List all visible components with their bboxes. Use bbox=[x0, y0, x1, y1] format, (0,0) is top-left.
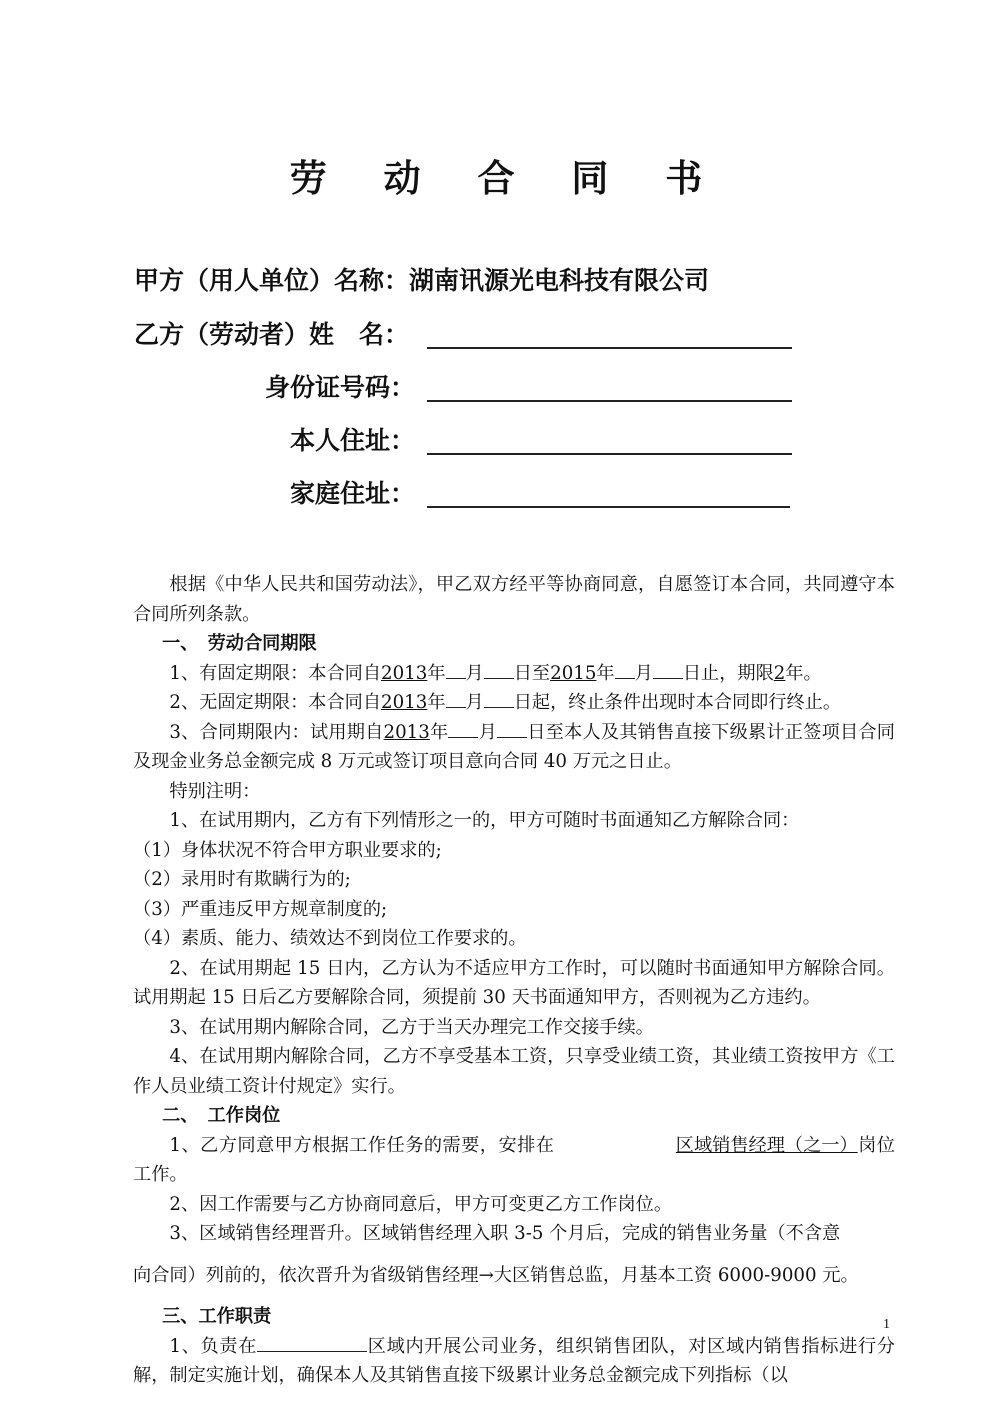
clause-text: 年 bbox=[430, 722, 449, 743]
clause-text: 月 bbox=[635, 663, 653, 684]
clause-text: 年。 bbox=[785, 663, 821, 684]
personal-address-field[interactable] bbox=[427, 453, 792, 455]
section-1-heading: 一、 劳动合同期限 bbox=[133, 629, 895, 659]
home-address-row: 家庭住址： bbox=[290, 479, 990, 509]
open-term-clause: 2、无固定期限：本合同自2013年月日起，终止条件出现时本合同即行终止。 bbox=[133, 688, 895, 718]
party-b-name-label: 乙方（劳动者）姓 名： bbox=[134, 320, 409, 350]
start-year-field[interactable]: 2013 bbox=[381, 663, 427, 684]
party-b-name-row: 乙方（劳动者）姓 名： bbox=[134, 320, 934, 350]
fixed-term-clause: 1、有固定期限：本合同自2013年月日至2015年月日止，期限2年。 bbox=[133, 659, 895, 689]
responsibility-clause: 1、负责在区域内开展公司业务，组织销售团队，对区域内销售指标进行分解，制定实施计… bbox=[133, 1332, 895, 1391]
position-value: 区域销售经理（之一） bbox=[676, 1135, 858, 1156]
section-3-heading: 三、工作职责 bbox=[133, 1302, 895, 1332]
clause-text: 月 bbox=[466, 663, 484, 684]
clause-text: 月 bbox=[466, 692, 484, 713]
clause-text: 1、乙方同意甲方根据工作任务的需要，安排在 bbox=[169, 1135, 554, 1156]
note-2: 2、在试用期起 15 日内，乙方认为不适应甲方工作时，可以随时书面通知甲方解除合… bbox=[133, 954, 895, 1013]
special-note-label: 特别注明： bbox=[133, 777, 895, 807]
home-address-label: 家庭住址： bbox=[290, 479, 415, 509]
document-title: 劳 动 合 同 书 bbox=[0, 148, 1000, 202]
open-start-day-field[interactable] bbox=[484, 689, 514, 708]
open-start-year-field[interactable]: 2013 bbox=[381, 692, 427, 713]
spacer bbox=[133, 1290, 895, 1302]
note-1-item: （2）录用时有欺瞒行为的; bbox=[133, 865, 895, 895]
clause-text: 月 bbox=[478, 722, 497, 743]
clause-text: 日至 bbox=[514, 663, 550, 684]
id-number-row: 身份证号码： bbox=[265, 373, 965, 403]
note-1: 1、在试用期内，乙方有下列情形之一的，甲方可随时书面通知乙方解除合同： bbox=[133, 806, 895, 836]
region-field[interactable] bbox=[257, 1333, 367, 1352]
end-year-field[interactable]: 2015 bbox=[550, 663, 596, 684]
probation-month-field[interactable] bbox=[448, 719, 478, 738]
clause-text: 1、负责在 bbox=[169, 1336, 257, 1357]
note-3: 3、在试用期内解除合同，乙方于当天办理完工作交接手续。 bbox=[133, 1013, 895, 1043]
section-2-heading: 二、 工作岗位 bbox=[133, 1101, 895, 1131]
clause-text: 日止，期限 bbox=[683, 663, 774, 684]
party-a-row: 甲方（用人单位）名称：湖南讯源光电科技有限公司 bbox=[134, 266, 709, 296]
promotion-clause-line-2: 向合同）列前的，依次晋升为省级销售经理→大区销售总监，月基本工资 6000-90… bbox=[133, 1261, 895, 1291]
party-b-name-field[interactable] bbox=[427, 347, 792, 349]
clause-text: 年 bbox=[596, 663, 614, 684]
intro-paragraph: 根据《中华人民共和国劳动法》，甲乙双方经平等协商同意，自愿签订本合同，共同遵守本… bbox=[133, 570, 895, 629]
start-month-field[interactable] bbox=[446, 660, 466, 679]
position-clause: 1、乙方同意甲方根据工作任务的需要，安排在区域销售经理（之一）岗位工作。 bbox=[133, 1131, 895, 1190]
probation-clause: 3、合同期限内：试用期自2013年月日至本人及其销售直接下级累计正签项目合同及现… bbox=[133, 718, 895, 777]
clause-text: 2、无固定期限：本合同自 bbox=[169, 692, 381, 713]
clause-text: 3、合同期限内：试用期自 bbox=[169, 722, 383, 743]
page-number: 1 bbox=[883, 1317, 890, 1333]
probation-day-field[interactable] bbox=[497, 719, 527, 738]
clause-text: 年 bbox=[427, 663, 445, 684]
term-years-field[interactable]: 2 bbox=[774, 663, 786, 684]
party-a-label: 甲方（用人单位）名称： bbox=[134, 266, 409, 296]
note-1-item: （3）严重违反甲方规章制度的; bbox=[133, 895, 895, 925]
clause-text: 年 bbox=[427, 692, 445, 713]
party-a-company-name: 湖南讯源光电科技有限公司 bbox=[409, 266, 709, 295]
id-number-field[interactable] bbox=[427, 400, 792, 402]
clause-text: 1、有固定期限：本合同自 bbox=[169, 663, 381, 684]
clause-text: 日起，终止条件出现时本合同即行终止。 bbox=[514, 692, 841, 713]
note-1-item: （1）身体状况不符合甲方职业要求的; bbox=[133, 836, 895, 866]
end-day-field[interactable] bbox=[653, 660, 683, 679]
personal-address-label: 本人住址： bbox=[290, 426, 415, 456]
note-4: 4、在试用期内解除合同，乙方不享受基本工资，只享受业绩工资，其业绩工资按甲方《工… bbox=[133, 1042, 895, 1101]
position-field[interactable]: 区域销售经理（之一） bbox=[554, 1131, 857, 1161]
note-1-item: （4）素质、能力、绩效达不到岗位工作要求的。 bbox=[133, 924, 895, 954]
spacer bbox=[133, 1249, 895, 1261]
position-change-clause: 2、因工作需要与乙方协商同意后，甲方可变更乙方工作岗位。 bbox=[133, 1190, 895, 1220]
contract-body: 根据《中华人民共和国劳动法》，甲乙双方经平等协商同意，自愿签订本合同，共同遵守本… bbox=[133, 570, 895, 1391]
promotion-clause-line-1: 3、区域销售经理晋升。区域销售经理入职 3-5 个月后，完成的销售业务量（不含意 bbox=[133, 1219, 895, 1249]
home-address-field[interactable] bbox=[427, 506, 790, 508]
end-month-field[interactable] bbox=[615, 660, 635, 679]
personal-address-row: 本人住址： bbox=[290, 426, 990, 456]
open-start-month-field[interactable] bbox=[446, 689, 466, 708]
id-number-label: 身份证号码： bbox=[265, 373, 415, 403]
start-day-field[interactable] bbox=[484, 660, 514, 679]
probation-year-field[interactable]: 2013 bbox=[384, 722, 430, 743]
